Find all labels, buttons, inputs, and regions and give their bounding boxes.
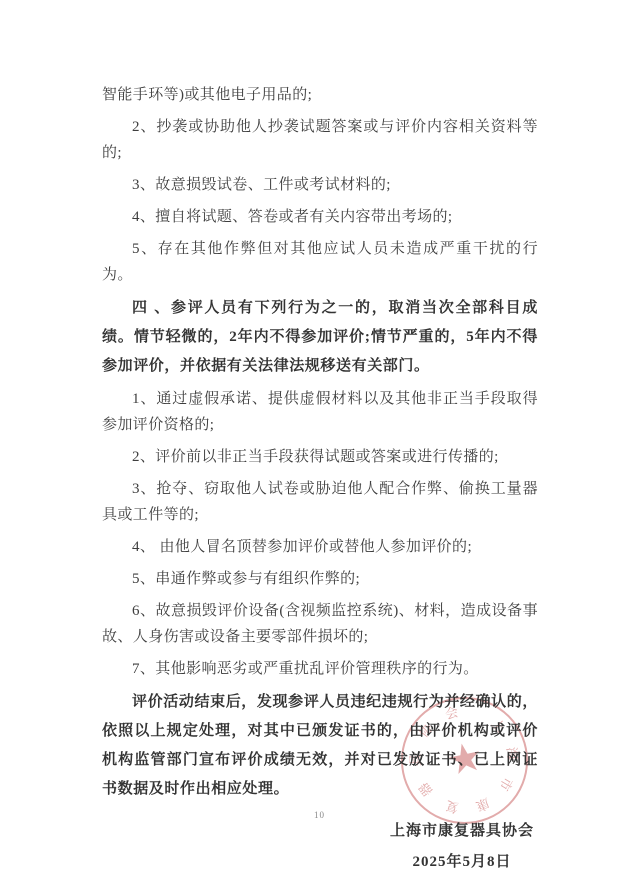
list-item: 1、通过虚假承诺、提供虚假材料以及其他非正当手段取得参加评价资格的; <box>102 386 538 438</box>
list-item: 3、抢夺、窃取他人试卷或胁迫他人配合作弊、偷换工量器具或工件等的; <box>102 476 538 528</box>
signature-date: 2025年5月8日 <box>390 847 534 874</box>
list-item: 2、抄袭或协助他人抄袭试题答案或与评价内容相关资料等的; <box>102 114 538 166</box>
document-body: 智能手环等)或其他电子用品的; 2、抄袭或协助他人抄袭试题答案或与评价内容相关资… <box>102 82 538 874</box>
signature-organization: 上海市康复器具协会 <box>390 816 534 847</box>
signature-block: 上海市康复器具协会 2025年5月8日 <box>102 816 538 874</box>
list-item: 5、存在其他作弊但对其他应试人员未造成严重干扰的行为。 <box>102 236 538 288</box>
list-item: 7、其他影响恶劣或严重扰乱评价管理秩序的行为。 <box>102 656 538 682</box>
document-page: 智能手环等)或其他电子用品的; 2、抄袭或协助他人抄袭试题答案或与评价内容相关资… <box>0 0 639 874</box>
list-item: 3、故意损毁试卷、工件或考试材料的; <box>102 172 538 198</box>
section-heading: 四 、参评人员有下列行为之一的，取消当次全部科目成绩。情节轻微的，2年内不得参加… <box>102 294 538 381</box>
page-number: 10 <box>0 810 639 820</box>
closing-paragraph: 评价活动结束后，发现参评人员违纪违规行为并经确认的，依照以上规定处理，对其中已颁… <box>102 688 538 804</box>
paragraph-continuation: 智能手环等)或其他电子用品的; <box>102 82 538 108</box>
list-item: 6、故意损毁评价设备(含视频监控系统)、材料，造成设备事故、人身伤害或设备主要零… <box>102 598 538 650</box>
list-item: 5、串通作弊或参与有组织作弊的; <box>102 566 538 592</box>
list-item: 4、擅自将试题、答卷或者有关内容带出考场的; <box>102 204 538 230</box>
list-item: 2、评价前以非正当手段获得试题或答案或进行传播的; <box>102 444 538 470</box>
list-item: 4、 由他人冒名顶替参加评价或替他人参加评价的; <box>102 534 538 560</box>
